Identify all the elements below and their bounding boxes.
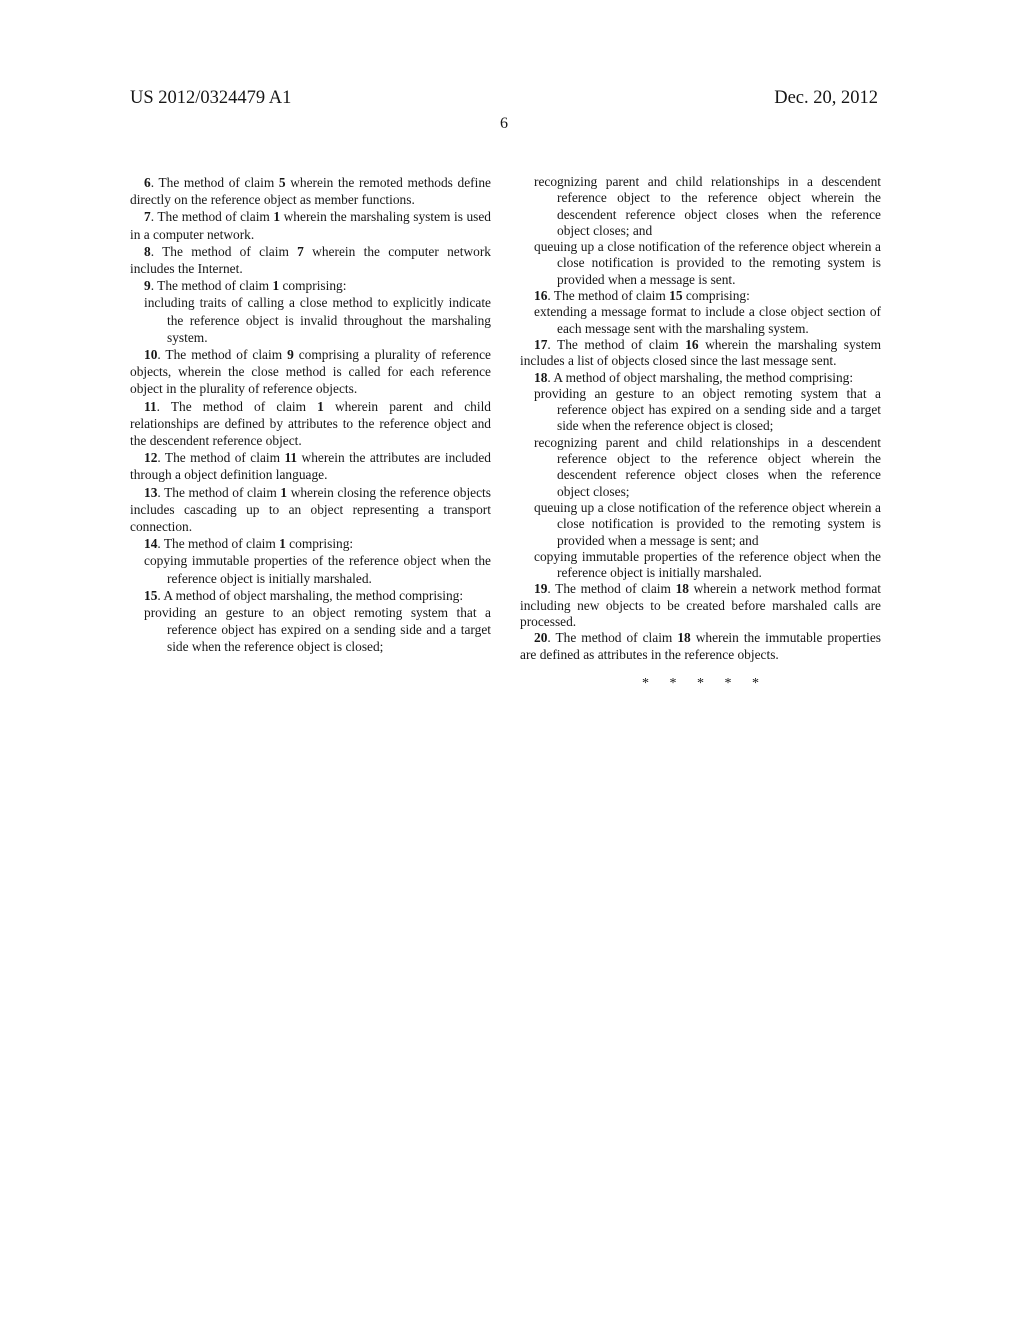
page-header: US 2012/0324479 A1 Dec. 20, 2012 bbox=[130, 88, 878, 108]
claim-number: 10 bbox=[144, 347, 157, 362]
claim-number: 1 bbox=[280, 485, 287, 500]
claim-number: 14 bbox=[144, 536, 157, 551]
claim-clause: providing an gesture to an object remoti… bbox=[130, 604, 491, 656]
claim-clause: queuing up a close notification of the r… bbox=[520, 239, 881, 288]
publication-number: US 2012/0324479 A1 bbox=[130, 88, 291, 108]
claim-number: 13 bbox=[144, 485, 157, 500]
claim-clause: recognizing parent and child relationshi… bbox=[520, 174, 881, 239]
claim-paragraph: 18. A method of object marshaling, the m… bbox=[520, 370, 881, 386]
claim-paragraph: 13. The method of claim 1 wherein closin… bbox=[130, 484, 491, 536]
claim-paragraph: 19. The method of claim 18 wherein a net… bbox=[520, 581, 881, 630]
claim-clause: providing an gesture to an object remoti… bbox=[520, 386, 881, 435]
claim-paragraph: 12. The method of claim 11 wherein the a… bbox=[130, 449, 491, 483]
claim-number: 9 bbox=[144, 278, 151, 293]
claims-column-right: recognizing parent and child relationshi… bbox=[520, 174, 881, 692]
claim-number: 19 bbox=[534, 581, 547, 596]
claim-paragraph: 14. The method of claim 1 comprising: bbox=[130, 535, 491, 552]
claim-paragraph: 20. The method of claim 18 wherein the i… bbox=[520, 630, 881, 663]
claim-number: 16 bbox=[685, 337, 698, 352]
claim-number: 1 bbox=[273, 209, 280, 224]
claim-number: 20 bbox=[534, 630, 547, 645]
claim-number: 12 bbox=[144, 450, 157, 465]
claim-paragraph: 11. The method of claim 1 wherein parent… bbox=[130, 398, 491, 450]
claim-number: 18 bbox=[676, 581, 689, 596]
claim-number: 16 bbox=[534, 288, 547, 303]
claim-clause: copying immutable properties of the refe… bbox=[130, 552, 491, 586]
claim-number: 18 bbox=[534, 370, 547, 385]
claim-paragraph: 6. The method of claim 5 wherein the rem… bbox=[130, 174, 491, 208]
claim-clause: copying immutable properties of the refe… bbox=[520, 549, 881, 582]
claim-number: 7 bbox=[144, 209, 151, 224]
claim-paragraph: 10. The method of claim 9 comprising a p… bbox=[130, 346, 491, 398]
claim-paragraph: 8. The method of claim 7 wherein the com… bbox=[130, 243, 491, 277]
claim-number: 1 bbox=[279, 536, 286, 551]
claim-paragraph: 16. The method of claim 15 comprising: bbox=[520, 288, 881, 304]
claim-number: 1 bbox=[272, 278, 279, 293]
claim-number: 7 bbox=[297, 244, 304, 259]
claim-number: 18 bbox=[677, 630, 690, 645]
claim-paragraph: 17. The method of claim 16 wherein the m… bbox=[520, 337, 881, 370]
claim-number: 11 bbox=[284, 450, 297, 465]
claims-columns: 6. The method of claim 5 wherein the rem… bbox=[130, 174, 881, 692]
claim-number: 8 bbox=[144, 244, 151, 259]
claim-clause: extending a message format to include a … bbox=[520, 304, 881, 337]
claim-number: 9 bbox=[287, 347, 294, 362]
claim-paragraph: 7. The method of claim 1 wherein the mar… bbox=[130, 208, 491, 242]
asterisk-separator: * * * * * bbox=[520, 676, 881, 692]
claim-number: 15 bbox=[669, 288, 682, 303]
claim-number: 1 bbox=[317, 399, 324, 414]
claim-number: 15 bbox=[144, 588, 157, 603]
patent-page: US 2012/0324479 A1 Dec. 20, 2012 6 6. Th… bbox=[0, 0, 1024, 1320]
claim-number: 5 bbox=[279, 175, 286, 190]
claim-paragraph: 15. A method of object marshaling, the m… bbox=[130, 587, 491, 604]
publication-date: Dec. 20, 2012 bbox=[774, 88, 878, 108]
claim-clause: recognizing parent and child relationshi… bbox=[520, 435, 881, 500]
claim-clause: including traits of calling a close meth… bbox=[130, 294, 491, 346]
claim-number: 11 bbox=[144, 399, 157, 414]
claims-column-left: 6. The method of claim 5 wherein the rem… bbox=[130, 174, 491, 692]
claim-number: 6 bbox=[144, 175, 151, 190]
claim-paragraph: 9. The method of claim 1 comprising: bbox=[130, 277, 491, 294]
claim-clause: queuing up a close notification of the r… bbox=[520, 500, 881, 549]
claim-number: 17 bbox=[534, 337, 547, 352]
page-number: 6 bbox=[130, 115, 878, 133]
